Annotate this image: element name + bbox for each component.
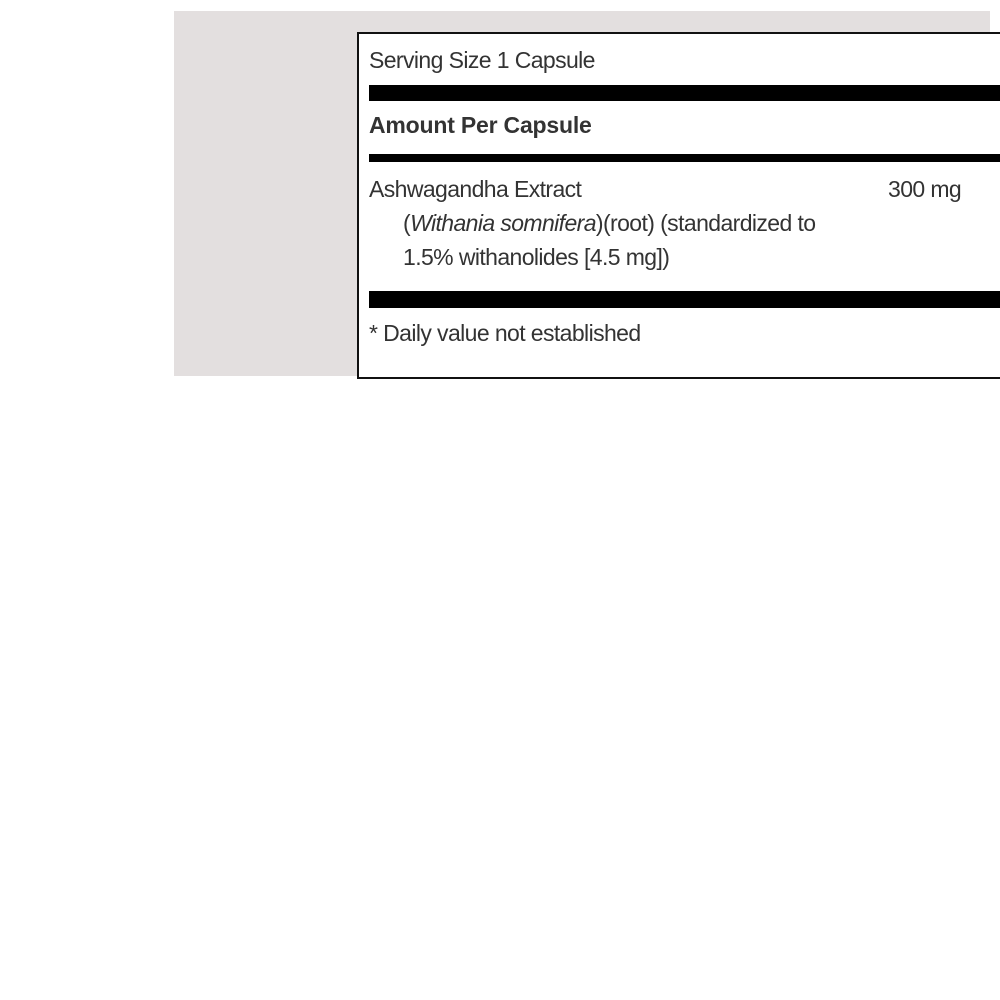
footnote: * Daily value not established [369, 320, 641, 347]
detail-open: ( [403, 210, 410, 236]
serving-size: Serving Size 1 Capsule [369, 47, 595, 74]
ingredient-name: Ashwagandha Extract [369, 176, 581, 203]
botanical-name: Withania somnifera [410, 210, 596, 236]
thick-divider [369, 85, 1000, 101]
thick-divider-bottom [369, 291, 1000, 308]
ingredient-detail-line2: 1.5% withanolides [4.5 mg]) [403, 244, 669, 271]
supplement-facts-label: Serving Size 1 Capsule Amount Per Capsul… [357, 32, 1000, 379]
amount-per-capsule-header: Amount Per Capsule [369, 112, 592, 139]
ingredient-detail: (Withania somnifera)(root) (standardized… [403, 210, 815, 237]
ingredient-amount: 300 mg [888, 176, 961, 203]
supplement-facts-panel: Serving Size 1 Capsule Amount Per Capsul… [174, 11, 990, 376]
detail-rest: )(root) (standardized to [596, 210, 816, 236]
medium-divider [369, 154, 1000, 162]
